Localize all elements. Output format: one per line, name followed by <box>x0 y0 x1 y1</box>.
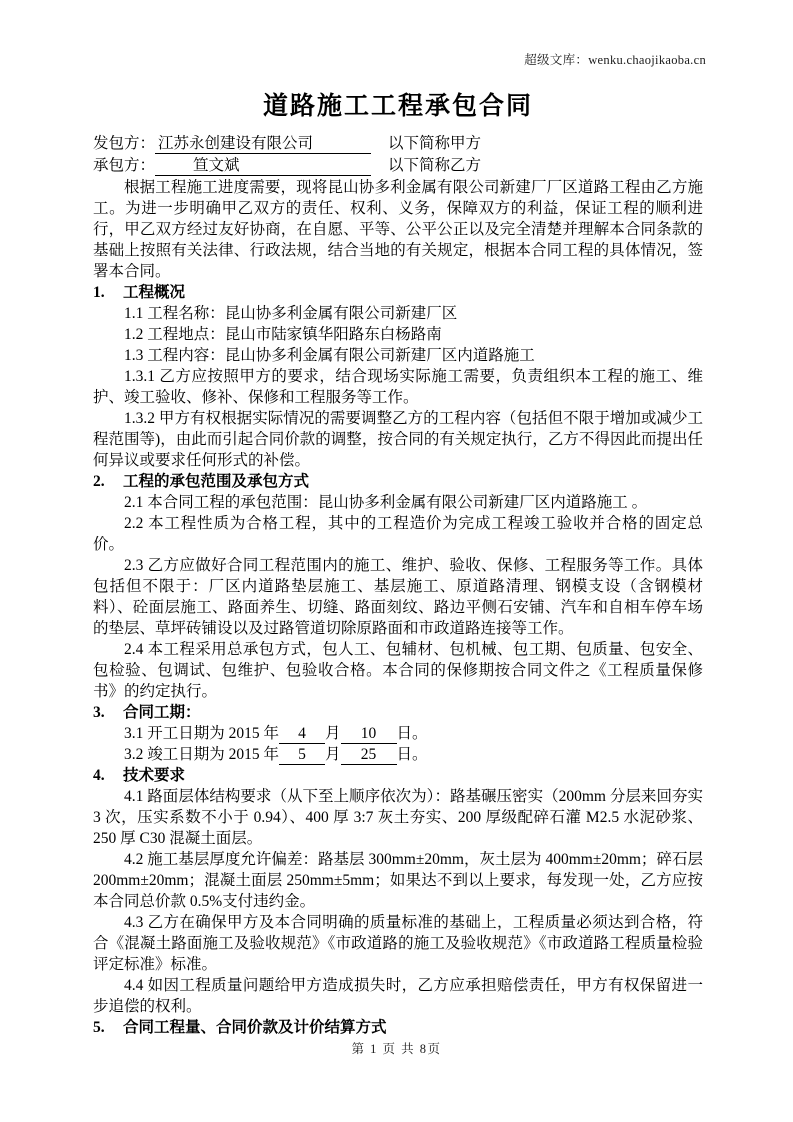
paragraph: 1.3.1 乙方应按照甲方的要求，结合现场实际施工需要，负责组织本工程的施工、维… <box>93 366 703 408</box>
section-heading-5: 5.合同工程量、合同价款及计价结算方式 <box>93 1017 703 1038</box>
month-label: 月 <box>325 725 341 742</box>
start-month-blank: 4 <box>279 725 325 744</box>
employer-alias: 以下简称甲方 <box>388 133 481 154</box>
end-day-blank: 25 <box>341 746 397 765</box>
paragraph: 2.3 乙方应做好合同工程范围内的施工、维护、验收、保修、工程服务等工作。具体包… <box>93 555 703 639</box>
contractor-row: 承包方： 笪文斌 以下简称乙方 <box>93 155 703 177</box>
contractor-alias: 以下简称乙方 <box>388 155 481 176</box>
section-title: 工程概况 <box>123 284 185 301</box>
end-date-prefix: 3.2 竣工日期为 2015 年 <box>124 746 279 763</box>
start-date-line: 3.1 开工日期为 2015 年4月10日。 <box>93 723 703 744</box>
section-title: 合同工期： <box>123 704 201 721</box>
paragraph: 2.2 本工程性质为合格工程，其中的工程造价为完成工程竣工验收并合格的固定总价。 <box>93 513 703 555</box>
section-number: 4. <box>93 765 123 786</box>
paragraph: 1.1 工程名称：昆山协多利金属有限公司新建厂区 <box>93 303 703 324</box>
paragraph: 4.4 如因工程质量问题给甲方造成损失时，乙方应承担赔偿责任，甲方有权保留进一步… <box>93 975 703 1017</box>
section-number: 2. <box>93 471 123 492</box>
month-label: 月 <box>325 746 341 763</box>
section-title: 工程的承包范围及承包方式 <box>123 473 309 490</box>
section-number: 1. <box>93 282 123 303</box>
employer-row: 发包方： 江苏永创建设有限公司 以下简称甲方 <box>93 133 703 155</box>
section-heading-3: 3.合同工期： <box>93 702 703 723</box>
section-number: 3. <box>93 702 123 723</box>
watermark-text: 超级文库：wenku.chaojikaoba.cn <box>524 50 706 68</box>
paragraph: 1.2 工程地点：昆山市陆家镇华阳路东白杨路南 <box>93 324 703 345</box>
paragraph: 4.1 路面层体结构要求（从下至上顺序依次为）：路基碾压密实（200mm 分层来… <box>93 786 703 849</box>
doc-title: 道路施工工程承包合同 <box>93 90 703 123</box>
end-month-blank: 5 <box>279 746 325 765</box>
paragraph: 4.2 施工基层厚度允许偏差：路基层 300mm±20mm，灰土层为 400mm… <box>93 849 703 912</box>
section-number: 5. <box>93 1017 123 1038</box>
section-title: 技术要求 <box>123 767 185 784</box>
contractor-name-underline: 笪文斌 <box>155 155 371 176</box>
end-date-line: 3.2 竣工日期为 2015 年5月25日。 <box>93 744 703 765</box>
contract-document-page: 超级文库：wenku.chaojikaoba.cn 道路施工工程承包合同 发包方… <box>0 0 793 1122</box>
section-heading-4: 4.技术要求 <box>93 765 703 786</box>
paragraph: 1.3.2 甲方有权根据实际情况的需要调整乙方的工程内容（包括但不限于增加或减少… <box>93 408 703 471</box>
day-label: 日。 <box>397 746 428 763</box>
section-title: 合同工程量、合同价款及计价结算方式 <box>123 1019 387 1036</box>
section-heading-1: 1.工程概况 <box>93 282 703 303</box>
start-day-blank: 10 <box>341 725 397 744</box>
contractor-label: 承包方： <box>93 155 155 176</box>
page-footer: 第 1 页 共 8页 <box>0 1039 793 1057</box>
employer-label: 发包方： <box>93 133 155 154</box>
day-label: 日。 <box>397 725 428 742</box>
document-body: 道路施工工程承包合同 发包方： 江苏永创建设有限公司 以下简称甲方 承包方： 笪… <box>93 90 703 1038</box>
paragraph: 1.3 工程内容：昆山协多利金属有限公司新建厂区内道路施工 <box>93 345 703 366</box>
paragraph: 2.1 本合同工程的承包范围：昆山协多利金属有限公司新建厂区内道路施工 。 <box>93 492 703 513</box>
start-date-prefix: 3.1 开工日期为 2015 年 <box>124 725 279 742</box>
paragraph: 2.4 本工程采用总承包方式，包人工、包辅材、包机械、包工期、包质量、包安全、包… <box>93 639 703 702</box>
employer-name-underline: 江苏永创建设有限公司 <box>155 133 371 154</box>
paragraph: 4.3 乙方在确保甲方及本合同明确的质量标准的基础上，工程质量必须达到合格，符合… <box>93 912 703 975</box>
section-heading-2: 2.工程的承包范围及承包方式 <box>93 471 703 492</box>
preamble-paragraph: 根据工程施工进度需要，现将昆山协多利金属有限公司新建厂厂区道路工程由乙方施工。为… <box>93 177 703 282</box>
